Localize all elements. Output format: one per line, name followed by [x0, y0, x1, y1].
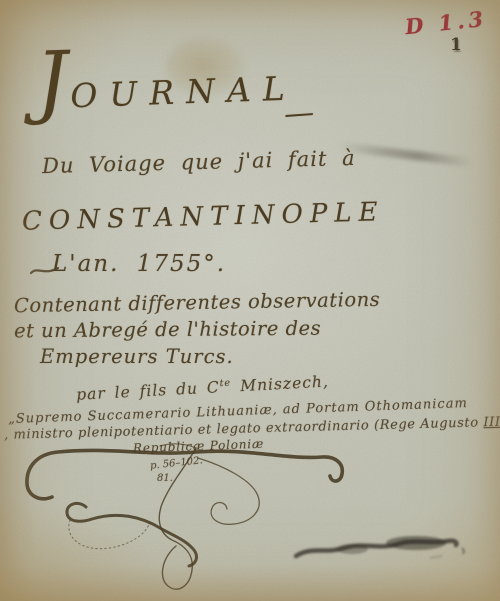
line-description-2: et un Abregé de l'histoire des — [14, 317, 321, 343]
latin-line-3: Republicæ Poloniæ — [133, 437, 264, 456]
smudged-inscription — [296, 536, 464, 558]
title-dash: — — [283, 95, 315, 132]
author-text-post: Mniszech, — [231, 373, 329, 396]
author-superscript: te — [219, 378, 231, 390]
reference-pages: p. 56–102. — [150, 455, 204, 471]
author-line: par le fils du Cte Mniszech, — [76, 372, 330, 403]
calligraphic-flourish — [0, 440, 500, 601]
line-description-1: Contenant differentes observations — [14, 288, 381, 317]
faint-ink-streak — [338, 142, 474, 168]
page-title: JOURNAL — [34, 25, 297, 127]
line-year: L'an. 1755°. — [52, 251, 226, 277]
page-number: 1 — [450, 35, 462, 55]
line-voyage: Du Voiage que j'ai fait à — [42, 146, 356, 178]
line-constantinople: CONSTANTINOPLE — [22, 197, 385, 236]
shelf-mark: D 1.3 — [404, 6, 488, 39]
manuscript-page: D 1.3 1 JOURNAL — Du Voiage que j'ai fai… — [0, 0, 500, 601]
reference-number: 81. — [157, 473, 173, 484]
regnal-numeral: III — [483, 415, 500, 430]
line-description-3: Empereurs Turcs. — [40, 345, 234, 368]
author-text-pre: par le fils du C — [76, 378, 221, 404]
